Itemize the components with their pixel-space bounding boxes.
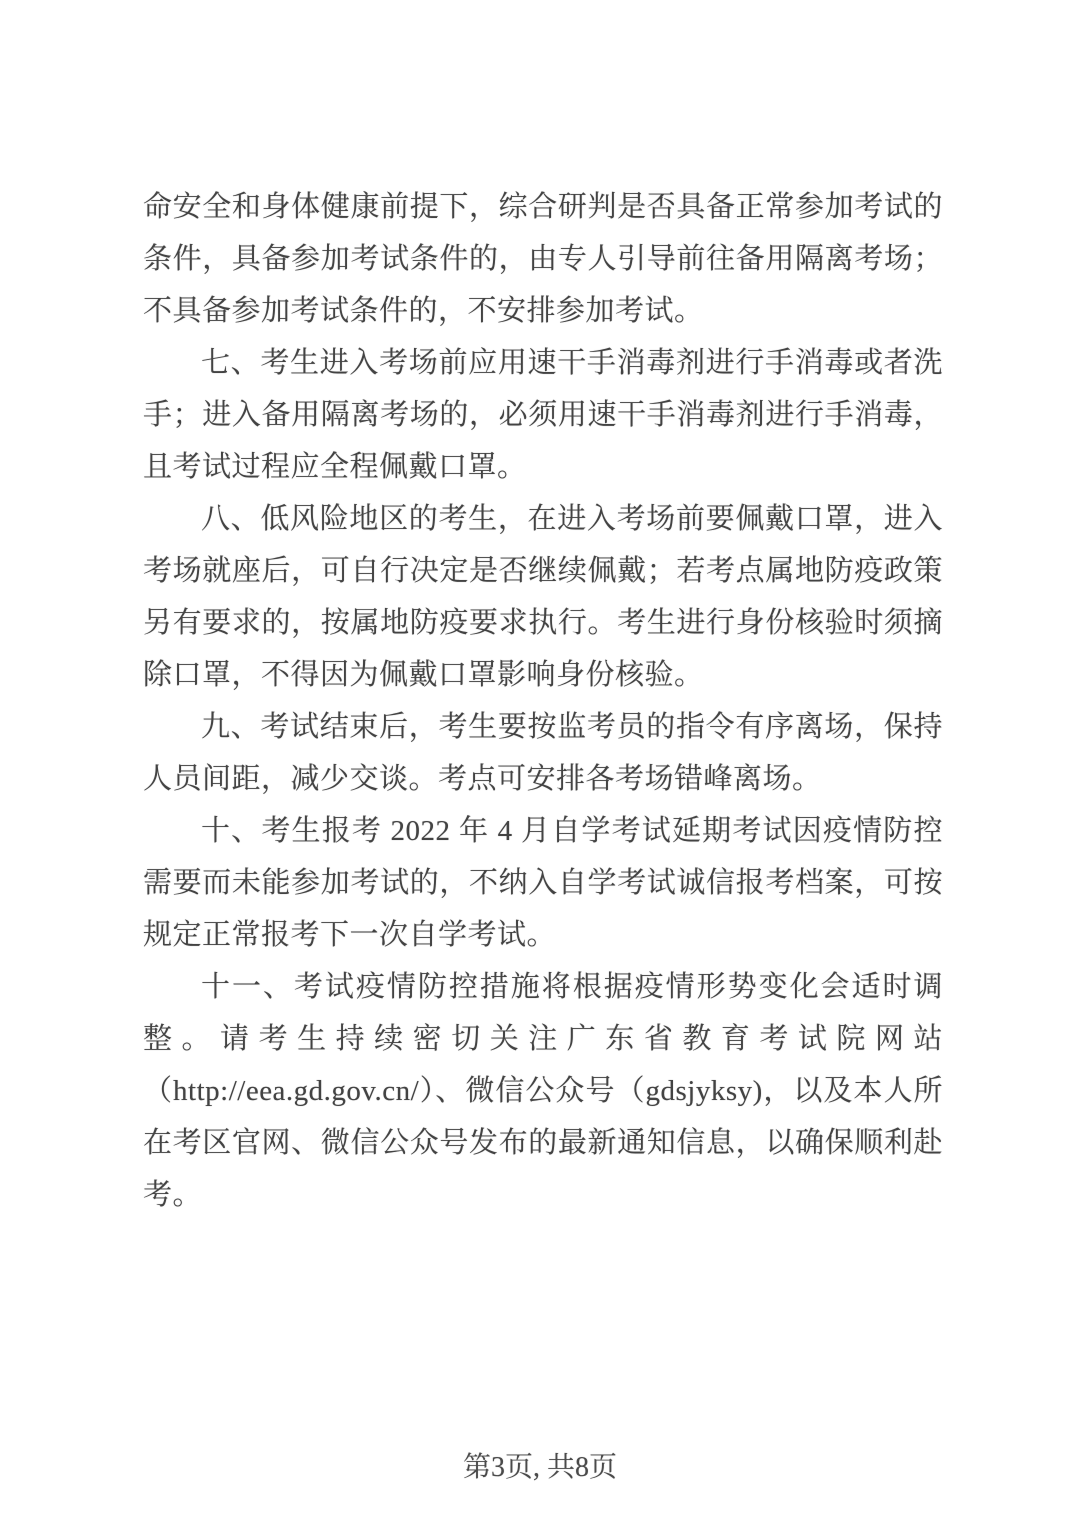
body-paragraph-item-10: 十、考生报考 2022 年 4 月自学考试延期考试因疫情防控需要而未能参加考试的… <box>143 805 943 961</box>
document-page: 命安全和身体健康前提下，综合研判是否具备正常参加考试的条件，具备参加考试条件的，… <box>0 0 1080 1527</box>
body-paragraph-item-8: 八、低风险地区的考生，在进入考场前要佩戴口罩，进入考场就座后，可自行决定是否继续… <box>143 493 943 701</box>
body-paragraph-item-11: 十一、考试疫情防控措施将根据疫情形势变化会适时调整。请考生持续密切关注广东省教育… <box>143 961 943 1221</box>
body-paragraph-item-7: 七、考生进入考场前应用速干手消毒剂进行手消毒或者洗手；进入备用隔离考场的，必须用… <box>143 337 943 493</box>
body-paragraph-item-9: 九、考试结束后，考生要按监考员的指令有序离场，保持人员间距，减少交谈。考点可安排… <box>143 701 943 805</box>
body-paragraph-continuation: 命安全和身体健康前提下，综合研判是否具备正常参加考试的条件，具备参加考试条件的，… <box>143 181 943 337</box>
document-body: 命安全和身体健康前提下，综合研判是否具备正常参加考试的条件，具备参加考试条件的，… <box>143 181 943 1221</box>
page-number: 第3页, 共8页 <box>0 1448 1080 1488</box>
